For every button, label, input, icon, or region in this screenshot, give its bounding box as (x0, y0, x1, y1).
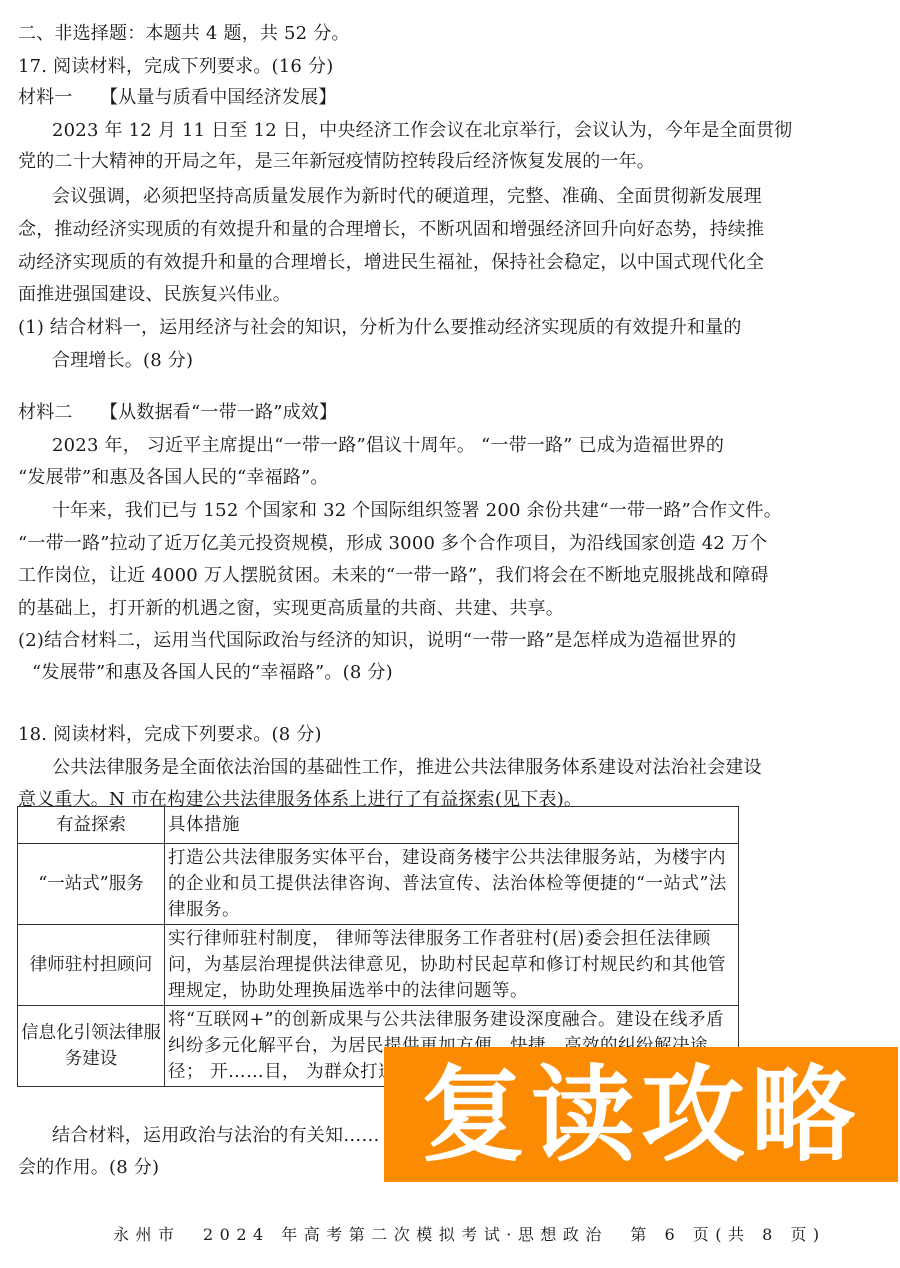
watermark-text: 复读攻略 (421, 1063, 861, 1167)
material-2-paragraph: “发展带”和惠及各国人民的“幸福路”。 (18, 466, 329, 490)
material-1-label: 材料一 【从量与质看中国经济发展】 (18, 86, 337, 110)
exploration-measures: 实行律师驻村制度， 律师等法律服务工作者驻村(居)委会担任法律顾问，为基层治理提… (165, 925, 739, 1006)
material-2-paragraph: 十年来，我们已与 152 个国家和 32 个国际组织签署 200 余份共建“一带… (52, 499, 782, 523)
material-2-paragraph: 2023 年， 习近平主席提出“一带一路”倡议十周年。 “一带一路” 已成为造福… (52, 434, 724, 458)
exploration-name: 信息化引领法律服务建设 (18, 1006, 165, 1087)
table-header-cell: 有益探索 (18, 807, 165, 844)
material-2-paragraph: 的基础上，打开新的机遇之窗，实现更高质量的共商、共建、共享。 (18, 597, 564, 621)
material-1-paragraph: 面推进强国建设、民族复兴伟业。 (18, 283, 291, 307)
sub-question-1: 合理增长。(8 分) (52, 349, 193, 373)
sub-question-2: “发展带”和惠及各国人民的“幸福路”。(8 分) (32, 661, 393, 685)
page-footer: 永州市 2024 年高考第二次模拟考试·思想政治 第 6 页(共 8 页) (113, 1222, 826, 1245)
explorations-table: 有益探索 具体措施 “一站式”服务 打造公共法律服务实体平台，建设商务楼宇公共法… (17, 806, 739, 1087)
material-1-paragraph: 2023 年 12 月 11 日至 12 日，中央经济工作会议在北京举行，会议认… (52, 119, 792, 143)
watermark-banner: 复读攻略 (384, 1047, 898, 1182)
question-18-prompt: 会的作用。(8 分) (18, 1156, 159, 1180)
exploration-measures: 打造公共法律服务实体平台，建设商务楼宇公共法律服务站，为楼宇内的企业和员工提供法… (165, 844, 739, 925)
question-18-intro: 公共法律服务是全面依法治国的基础性工作，推进公共法律服务体系建设对法治社会建设 (52, 756, 762, 780)
exploration-name: “一站式”服务 (18, 844, 165, 925)
table-header-cell: 具体措施 (165, 807, 739, 844)
sub-question-2: (2)结合材料二，运用当代国际政治与经济的知识，说明“一带一路”是怎样成为造福世… (18, 629, 736, 653)
material-1-paragraph: 会议强调，必须把坚持高质量发展作为新时代的硬道理，完整、准确、全面贯彻新发展理 (52, 185, 762, 209)
material-1-paragraph: 党的二十大精神的开局之年，是三年新冠疫情防控转段后经济恢复发展的一年。 (18, 150, 655, 174)
sub-question-1: (1) 结合材料一，运用经济与社会的知识，分析为什么要推动经济实现质的有效提升和… (18, 316, 742, 340)
material-2-paragraph: “一带一路”拉动了近万亿美元投资规模，形成 3000 多个合作项目，为沿线国家创… (18, 532, 767, 556)
material-1-paragraph: 念，推动经济实现质的有效提升和量的合理增长，不断巩固和增强经济回升向好态势，持续… (18, 218, 764, 242)
exploration-name: 律师驻村担顾问 (18, 925, 165, 1006)
section-header: 二、非选择题：本题共 4 题，共 52 分。 (18, 22, 350, 46)
material-2-paragraph: 工作岗位，让近 4000 万人摆脱贫困。未来的“一带一路”，我们将会在不断地克服… (18, 564, 769, 588)
material-1-paragraph: 动经济实现质的有效提升和量的合理增长，增进民生福祉，保持社会稳定，以中国式现代化… (18, 251, 764, 275)
question-17-title: 17. 阅读材料，完成下列要求。(16 分) (18, 55, 333, 79)
table-row: 律师驻村担顾问 实行律师驻村制度， 律师等法律服务工作者驻村(居)委会担任法律顾… (18, 925, 739, 1006)
table-header-row: 有益探索 具体措施 (18, 807, 739, 844)
material-2-label: 材料二 【从数据看“一带一路”成效】 (18, 401, 337, 425)
question-18-title: 18. 阅读材料，完成下列要求。(8 分) (18, 723, 322, 747)
table-row: “一站式”服务 打造公共法律服务实体平台，建设商务楼宇公共法律服务站，为楼宇内的… (18, 844, 739, 925)
question-18-prompt: 结合材料，运用政治与法治的有关知…… (52, 1124, 380, 1148)
